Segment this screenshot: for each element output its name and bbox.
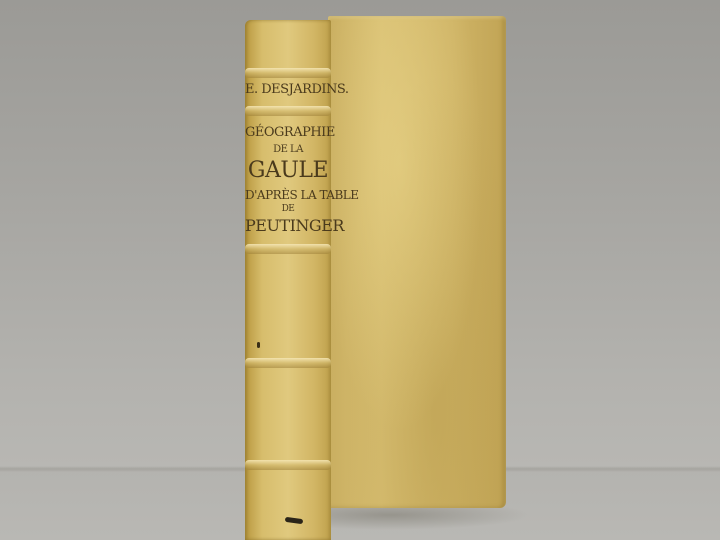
spine-band (245, 68, 331, 78)
book-front-cover (328, 16, 506, 508)
spine-title-line: D'APRÈS LA TABLE (245, 188, 331, 202)
spine-band (245, 460, 331, 470)
shelf-mark (285, 517, 304, 524)
spine-title-line: DE (245, 204, 331, 214)
spine-speck (257, 342, 260, 348)
spine-title-line: GÉOGRAPHIE (245, 125, 331, 140)
book-spine: E. DESJARDINS. GÉOGRAPHIE DE LA GAULE D'… (245, 20, 331, 540)
spine-band (245, 244, 331, 254)
spine-title-line: DE LA (245, 144, 331, 155)
spine-band (245, 358, 331, 368)
spine-label-author: E. DESJARDINS. (245, 82, 331, 97)
spine-title-line: PEUTINGER (245, 216, 331, 235)
spine-band (245, 106, 331, 116)
spine-title-line: GAULE (245, 158, 331, 183)
